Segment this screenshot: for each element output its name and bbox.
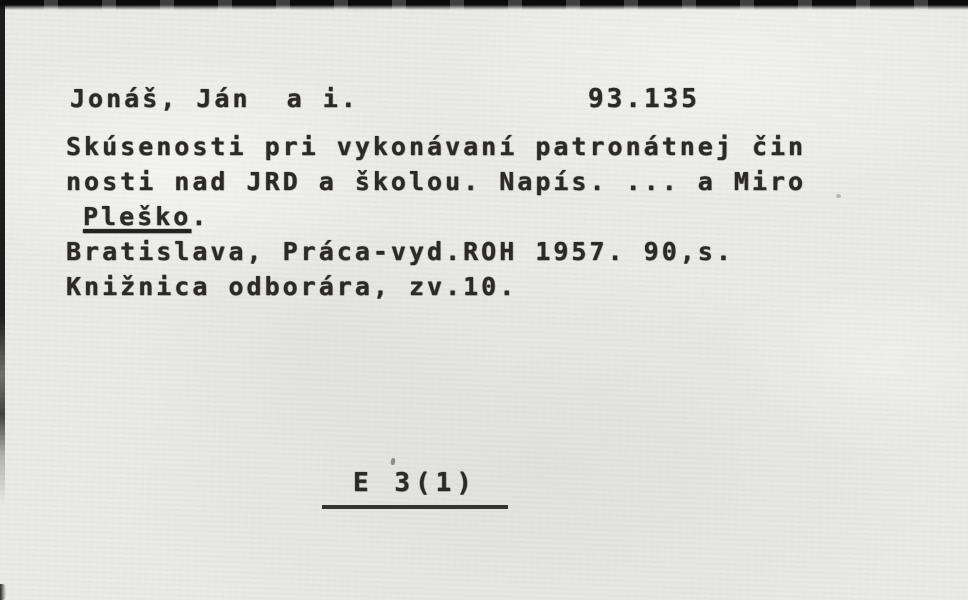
series-line: Knižnica odborára, zv.10. <box>66 269 806 304</box>
coauthor-name-punctuation: . <box>191 202 209 231</box>
paper-speck <box>836 194 841 198</box>
scan-edge-corner <box>0 584 6 600</box>
author-statement-line: Pleško. <box>66 199 806 234</box>
call-number: 93.135 <box>588 84 700 114</box>
imprint-line: Bratislava, Práca-vyd.ROH 1957. 90,s. <box>66 234 806 269</box>
shelf-mark: E 3(1) <box>322 468 508 509</box>
author-heading: Jonáš, Ján a i. <box>70 84 359 114</box>
coauthor-name-underlined: Pleško <box>83 202 191 231</box>
scan-edge-left <box>0 5 5 505</box>
card-body: Skúsenosti pri vykonávaní patronátnej či… <box>66 129 806 304</box>
title-line-1: Skúsenosti pri vykonávaní patronátnej či… <box>66 129 806 164</box>
scan-edge-top <box>0 0 968 10</box>
catalog-card: Jonáš, Ján a i. 93.135 Skúsenosti pri vy… <box>0 0 968 600</box>
title-line-2: nosti nad JRD a školou. Napís. ... a Mir… <box>66 164 806 199</box>
paper-speck <box>390 458 395 466</box>
